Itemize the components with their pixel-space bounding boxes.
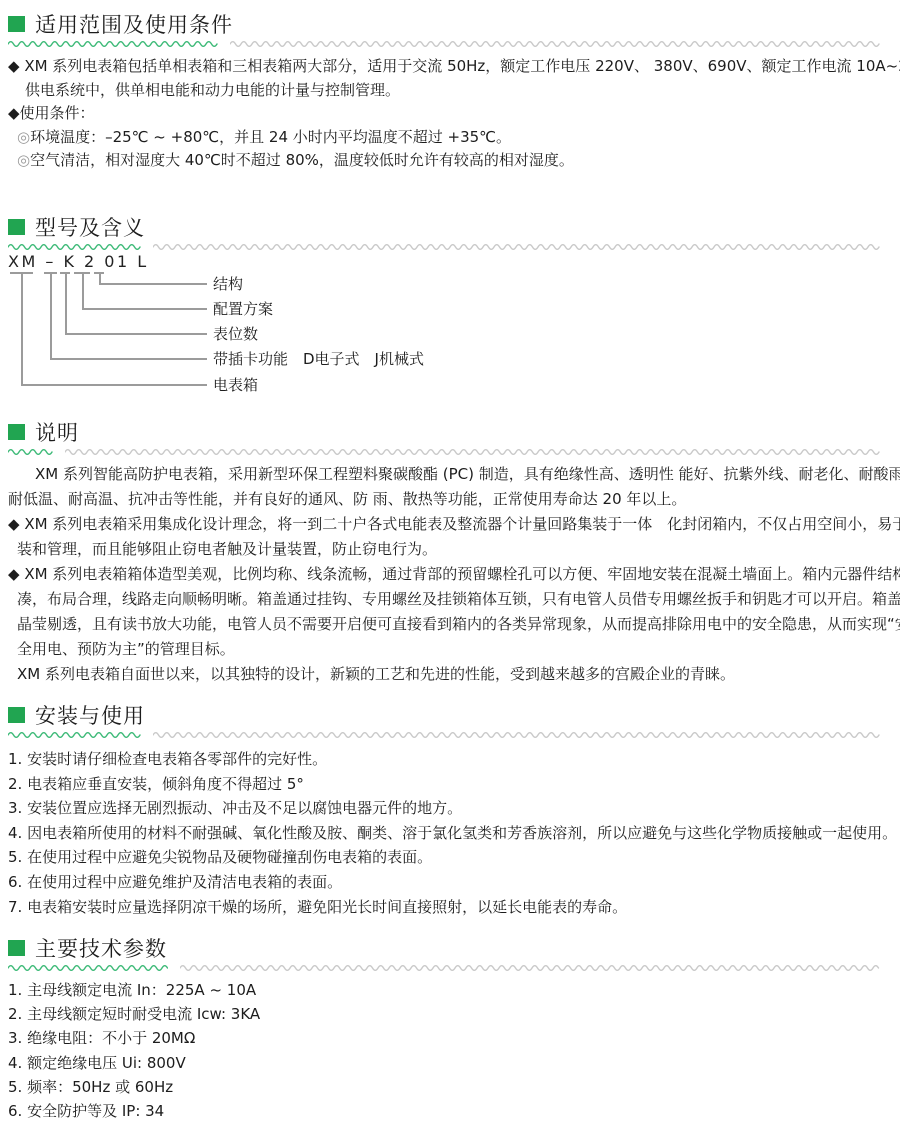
line-text: 6. 在使用过程中应避免维护及清洁电表箱的表面。 [8, 873, 342, 891]
list-item: 2. 电表箱应垂直安装，倾斜角度不得超过 5° [8, 772, 900, 797]
line-text: XM 系列电表箱包括单相表箱和三相表箱两大部分，适用于交流 50Hz，额定工作电… [24, 57, 900, 75]
body-line: ◆ XM 系列电表箱包括单相表箱和三相表箱两大部分，适用于交流 50Hz，额定工… [8, 55, 900, 79]
section-parameters: 主要技术参数 1. 主母线额定电流 In：225A ~ 10A 2. 主母线额定… [0, 934, 900, 1123]
section-heading: 型号及含义 [0, 213, 900, 241]
body-line: ◎环境温度：–25℃ ~ +80℃，并且 24 小时内平均温度不超过 +35℃。 [8, 126, 900, 150]
line-text: 2. 电表箱应垂直安装，倾斜角度不得超过 5° [8, 775, 304, 793]
section-description: 说明 XM 系列智能高防护电表箱，采用新型环保工程塑料聚碳酸酯 (PC) 制造，… [0, 418, 900, 687]
wave-green [8, 729, 141, 739]
section-title: 说明 [35, 417, 79, 447]
line-text: 7. 电表箱安装时应量选择阴凉干燥的场所，避免阳光长时间直接照射，以延长电能表的… [8, 898, 627, 916]
diagram-label-configuration: 配置方案 [213, 298, 273, 319]
section-installation: 安装与使用 1. 安装时请仔细检查电表箱各零部件的完好性。 2. 电表箱应垂直安… [0, 701, 900, 919]
line-text: 4. 额定绝缘电压 Ui: 800V [8, 1054, 186, 1072]
wave-green [8, 241, 141, 251]
wavy-divider [0, 729, 900, 739]
line-text: 3. 安装位置应选择无剧烈振动、冲击及不足以腐蚀电器元件的地方。 [8, 799, 462, 817]
wavy-divider [0, 241, 900, 251]
body-line: ◎空气清洁，相对湿度大 40℃时不超过 80%，温度较低时允许有较高的相对湿度。 [8, 149, 900, 173]
section-title: 型号及含义 [35, 212, 145, 242]
connector-horizontal-2 [65, 333, 207, 335]
line-text: 装和管理，而且能够阻止窃电者触及计量装置，防止窃电行为。 [17, 540, 437, 558]
section-heading: 安装与使用 [0, 701, 900, 729]
body-line: 耐低温、耐高温、抗冲击等性能，并有良好的通风、防 雨、散热等功能，正常使用寿命达… [8, 487, 900, 512]
body-line: 装和管理，而且能够阻止窃电者触及计量装置，防止窃电行为。 [8, 537, 900, 562]
body-line: XM 系列智能高防护电表箱，采用新型环保工程塑料聚碳酸酯 (PC) 制造，具有绝… [8, 462, 900, 487]
wave-gray [230, 38, 882, 48]
list-item: 5. 在使用过程中应避免尖锐物品及硬物碰撞刮伤电表箱的表面。 [8, 845, 900, 870]
diagram-label-card-function: 带插卡功能 D电子式 J机械式 [213, 348, 424, 369]
line-text: 2. 主母线额定短时耐受电流 Icw: 3KA [8, 1005, 260, 1023]
section-title: 主要技术参数 [35, 933, 167, 963]
model-code: XM – K 2 01 L [8, 252, 149, 271]
line-text: 3. 绝缘电阻：不小于 20MΩ [8, 1029, 195, 1047]
wave-gray [153, 241, 882, 251]
list-item: 6. 在使用过程中应避免维护及清洁电表箱的表面。 [8, 870, 900, 895]
line-text: 空气清洁，相对湿度大 40℃时不超过 80%，温度较低时允许有较高的相对湿度。 [30, 151, 574, 169]
body-line: 凑，布局合理，线路走向顺畅明晰。箱盖通过挂钩、专用螺丝及挂锁箱体互锁，只有电管人… [8, 587, 900, 612]
list-item: 2. 主母线额定短时耐受电流 Icw: 3KA [8, 1002, 900, 1026]
body-line: ◆使用条件： [8, 102, 900, 126]
green-square-icon [8, 707, 25, 723]
line-text: 5. 在使用过程中应避免尖锐物品及硬物碰撞刮伤电表箱的表面。 [8, 848, 432, 866]
section-title: 安装与使用 [35, 700, 145, 730]
line-text: 5. 频率：50Hz 或 60Hz [8, 1078, 173, 1096]
ring-bullet: ◎ [17, 151, 30, 169]
diamond-bullet: ◆ [8, 565, 24, 583]
diagram-label-meter-box: 电表箱 [213, 374, 258, 395]
body-line: 供电系统中，供单相电能和动力电能的计量与控制管理。 [8, 79, 900, 103]
list-item: 3. 安装位置应选择无剧烈振动、冲击及不足以腐蚀电器元件的地方。 [8, 796, 900, 821]
body-line: 晶莹剔透，且有读书放大功能，电管人员不需要开启便可直接看到箱内的各类异常现象，从… [8, 612, 900, 637]
line-text: 1. 主母线额定电流 In：225A ~ 10A [8, 981, 256, 999]
line-text: 全用电、预防为主”的管理目标。 [17, 640, 235, 658]
list-item: 7. 电表箱安装时应量选择阴凉干燥的场所，避免阳光长时间直接照射，以延长电能表的… [8, 895, 900, 920]
body-line: ◆ XM 系列电表箱采用集成化设计理念，将一到二十户各式电能表及整流器个计量回路… [8, 512, 900, 537]
list-item: 3. 绝缘电阻：不小于 20MΩ [8, 1026, 900, 1050]
section-body: ◆ XM 系列电表箱包括单相表箱和三相表箱两大部分，适用于交流 50Hz，额定工… [0, 55, 900, 173]
connector-vertical-2 [65, 272, 67, 333]
diagram-label-structure: 结构 [213, 273, 243, 294]
green-square-icon [8, 219, 25, 235]
connector-horizontal-XM [21, 384, 207, 386]
wave-green [8, 446, 53, 456]
connector-vertical-K [50, 272, 52, 358]
green-square-icon [8, 16, 25, 32]
line-text: XM 系列电表箱采用集成化设计理念，将一到二十户各式电能表及整流器个计量回路集装… [24, 515, 900, 533]
connector-vertical-XM [21, 272, 23, 384]
connector-horizontal-L [99, 283, 207, 285]
connector-horizontal-01 [82, 308, 207, 310]
body-line: XM 系列电表箱自面世以来，以其独特的设计，新颖的工艺和先进的性能，受到越来越多… [8, 662, 900, 687]
list-item: 6. 安全防护等及 IP: 34 [8, 1099, 900, 1123]
wave-gray [180, 962, 882, 972]
ring-bullet: ◎ [17, 128, 30, 146]
section-heading: 说明 [0, 418, 900, 446]
list-item: 4. 额定绝缘电压 Ui: 800V [8, 1051, 900, 1075]
connector-vertical-L [99, 272, 101, 283]
section-heading: 适用范围及使用条件 [0, 10, 900, 38]
line-text: 供电系统中，供单相电能和动力电能的计量与控制管理。 [25, 81, 400, 99]
body-line: ◆ XM 系列电表箱箱体造型美观，比例均称、线条流畅，通过背部的预留螺栓孔可以方… [8, 562, 900, 587]
line-text: 使用条件： [20, 104, 95, 122]
line-text: 环境温度：–25℃ ~ +80℃，并且 24 小时内平均温度不超过 +35℃。 [30, 128, 511, 146]
diagram-label-meter-positions: 表位数 [213, 323, 258, 344]
wave-gray [153, 729, 882, 739]
list-item: 5. 频率：50Hz 或 60Hz [8, 1075, 900, 1099]
section-heading: 主要技术参数 [0, 934, 900, 962]
section-scope: 适用范围及使用条件 ◆ XM 系列电表箱包括单相表箱和三相表箱两大部分，适用于交… [0, 10, 900, 173]
section-body: 1. 主母线额定电流 In：225A ~ 10A 2. 主母线额定短时耐受电流 … [0, 978, 900, 1123]
line-text: XM 系列电表箱箱体造型美观，比例均称、线条流畅，通过背部的预留螺栓孔可以方便、… [24, 565, 900, 583]
diamond-bullet: ◆ [8, 57, 24, 75]
line-text: 耐低温、耐高温、抗冲击等性能，并有良好的通风、防 雨、散热等功能，正常使用寿命达… [8, 490, 686, 508]
body-line: 全用电、预防为主”的管理目标。 [8, 637, 900, 662]
line-text: 6. 安全防护等及 IP: 34 [8, 1102, 164, 1120]
wave-green [8, 38, 218, 48]
green-square-icon [8, 424, 25, 440]
line-text: 1. 安装时请仔细检查电表箱各零部件的完好性。 [8, 750, 327, 768]
green-square-icon [8, 940, 25, 956]
diamond-bullet: ◆ [8, 515, 24, 533]
list-item: 1. 安装时请仔细检查电表箱各零部件的完好性。 [8, 747, 900, 772]
list-item: 1. 主母线额定电流 In：225A ~ 10A [8, 978, 900, 1002]
datasheet-page: 适用范围及使用条件 ◆ XM 系列电表箱包括单相表箱和三相表箱两大部分，适用于交… [0, 0, 900, 1140]
section-body: XM 系列智能高防护电表箱，采用新型环保工程塑料聚碳酸酯 (PC) 制造，具有绝… [0, 462, 900, 687]
section-model: 型号及含义 XM – K 2 01 L 结 [0, 213, 900, 402]
line-text: 4. 因电表箱所使用的材料不耐强碱、氧化性酸及胺、酮类、溶于氯化氢类和芳香族溶剂… [8, 824, 897, 842]
section-title: 适用范围及使用条件 [35, 9, 233, 39]
wavy-divider [0, 962, 900, 972]
wavy-divider [0, 446, 900, 456]
line-text: 凑，布局合理，线路走向顺畅明晰。箱盖通过挂钩、专用螺丝及挂锁箱体互锁，只有电管人… [17, 590, 900, 608]
connector-vertical-01 [82, 272, 84, 308]
wavy-divider [0, 38, 900, 48]
line-text: 晶莹剔透，且有读书放大功能，电管人员不需要开启便可直接看到箱内的各类异常现象，从… [17, 615, 900, 633]
line-text: XM 系列电表箱自面世以来，以其独特的设计，新颖的工艺和先进的性能，受到越来越多… [17, 665, 735, 683]
section-body: 1. 安装时请仔细检查电表箱各零部件的完好性。 2. 电表箱应垂直安装，倾斜角度… [0, 747, 900, 919]
model-code-diagram: XM – K 2 01 L 结构 配置方案 表位数 带插卡功能 D电子式 J机械… [0, 252, 900, 402]
diamond-bullet: ◆ [8, 104, 20, 122]
wave-gray [65, 446, 882, 456]
line-text: XM 系列智能高防护电表箱，采用新型环保工程塑料聚碳酸酯 (PC) 制造，具有绝… [35, 465, 900, 483]
wave-green [8, 962, 168, 972]
list-item: 4. 因电表箱所使用的材料不耐强碱、氧化性酸及胺、酮类、溶于氯化氢类和芳香族溶剂… [8, 821, 900, 846]
connector-horizontal-K [50, 358, 207, 360]
